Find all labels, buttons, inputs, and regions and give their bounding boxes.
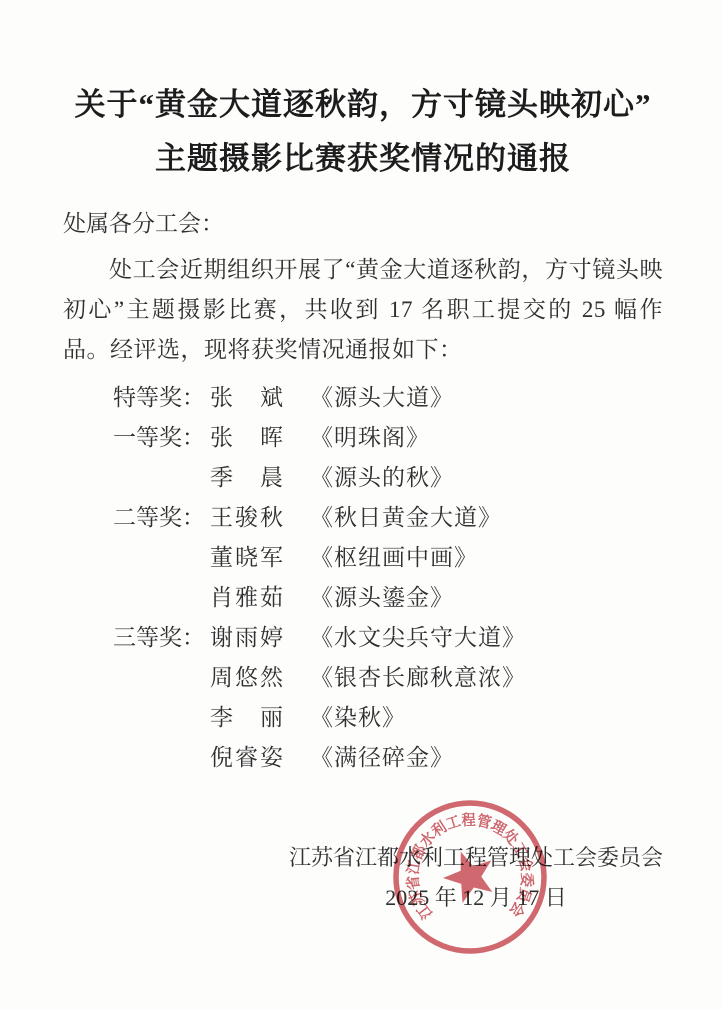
- award-row: 倪睿姿 《满径碎金》: [113, 738, 663, 778]
- award-work-title: 《银杏长廊秋意浓》: [310, 658, 663, 698]
- award-winner-name: 周悠然: [210, 658, 310, 698]
- award-rank-label: 特等奖：: [113, 378, 210, 418]
- award-winner-name: 张 斌: [210, 378, 310, 418]
- award-rank-label: [113, 738, 210, 778]
- document-page: 关于“黄金大道逐秋韵，方寸镜头映初心” 主题摄影比赛获奖情况的通报 处属各分工会…: [0, 0, 723, 1010]
- award-rank-label: [113, 578, 210, 618]
- award-row: 周悠然 《银杏长廊秋意浓》: [113, 658, 663, 698]
- body-paragraph: 处工会近期组织开展了“黄金大道逐秋韵，方寸镜头映初心”主题摄影比赛，共收到 17…: [63, 250, 663, 370]
- award-rank-label: [113, 538, 210, 578]
- document-title: 关于“黄金大道逐秋韵，方寸镜头映初心” 主题摄影比赛获奖情况的通报: [63, 78, 663, 186]
- award-work-title: 《源头大道》: [310, 378, 663, 418]
- award-row: 特等奖： 张 斌 《源头大道》: [113, 378, 663, 418]
- award-row: 李 丽 《染秋》: [113, 698, 663, 738]
- award-rank-label: [113, 458, 210, 498]
- signature-org: 江苏省江都水利工程管理处工会委员会: [289, 838, 663, 878]
- award-row: 三等奖： 谢雨婷 《水文尖兵守大道》: [113, 618, 663, 658]
- title-line-2: 主题摄影比赛获奖情况的通报: [63, 132, 663, 186]
- salutation: 处属各分工会：: [63, 204, 663, 244]
- award-row: 季 晨 《源头的秋》: [113, 458, 663, 498]
- award-winner-name: 肖雅茹: [210, 578, 310, 618]
- award-winner-name: 倪睿姿: [210, 738, 310, 778]
- award-work-title: 《明珠阁》: [310, 418, 663, 458]
- award-work-title: 《染秋》: [310, 698, 663, 738]
- signature-date: 2025 年 12 月 17 日: [289, 878, 663, 918]
- award-row: 董晓军 《枢纽画中画》: [113, 538, 663, 578]
- award-rank-label: 一等奖：: [113, 418, 210, 458]
- award-work-title: 《源头鎏金》: [310, 578, 663, 618]
- award-work-title: 《枢纽画中画》: [310, 538, 663, 578]
- award-winner-name: 董晓军: [210, 538, 310, 578]
- award-rank-label: 三等奖：: [113, 618, 210, 658]
- title-line-1: 关于“黄金大道逐秋韵，方寸镜头映初心”: [63, 78, 663, 132]
- award-work-title: 《满径碎金》: [310, 738, 663, 778]
- award-row: 肖雅茹 《源头鎏金》: [113, 578, 663, 618]
- award-row: 一等奖： 张 晖 《明珠阁》: [113, 418, 663, 458]
- award-winner-name: 李 丽: [210, 698, 310, 738]
- award-work-title: 《秋日黄金大道》: [310, 498, 663, 538]
- award-row: 二等奖： 王骏秋 《秋日黄金大道》: [113, 498, 663, 538]
- award-rank-label: [113, 698, 210, 738]
- award-work-title: 《源头的秋》: [310, 458, 663, 498]
- award-winner-name: 张 晖: [210, 418, 310, 458]
- award-rank-label: [113, 658, 210, 698]
- award-winner-name: 季 晨: [210, 458, 310, 498]
- award-winner-name: 谢雨婷: [210, 618, 310, 658]
- award-list: 特等奖： 张 斌 《源头大道》 一等奖： 张 晖 《明珠阁》 季 晨 《源头的秋…: [63, 378, 663, 778]
- signature-block: 江苏省江都水利工程管理处工会委员会 2025 年 12 月 17 日: [289, 838, 663, 918]
- award-winner-name: 王骏秋: [210, 498, 310, 538]
- award-work-title: 《水文尖兵守大道》: [310, 618, 663, 658]
- award-rank-label: 二等奖：: [113, 498, 210, 538]
